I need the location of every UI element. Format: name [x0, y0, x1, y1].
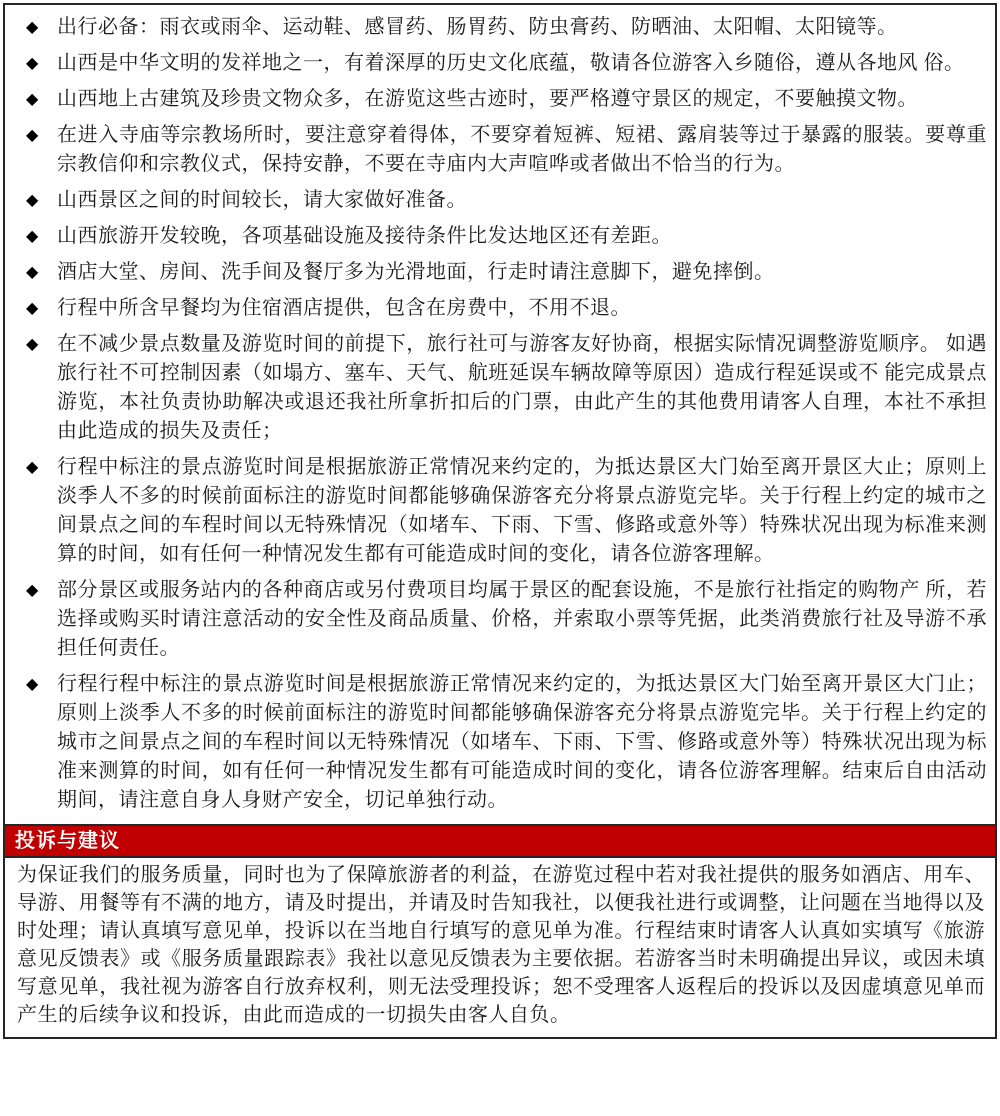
diamond-bullet-icon: ◆: [11, 453, 57, 482]
notice-text: 部分景区或服务站内的各种商店或另付费项目均属于景区的配套设施，不是旅行社指定的购…: [57, 576, 987, 663]
notice-text: 酒店大堂、房间、洗手间及餐厅多为光滑地面，行走时请注意脚下，避免摔倒。: [57, 258, 987, 287]
notice-item: ◆ 山西景区之间的时间较长，请大家做好准备。: [11, 186, 987, 215]
diamond-bullet-icon: ◆: [11, 222, 57, 251]
notice-item: ◆ 在进入寺庙等宗教场所时，要注意穿着得体，不要穿着短裤、短裙、露肩装等过于暴露…: [11, 121, 987, 179]
travel-notices-section: ◆ 出行必备：雨衣或雨伞、运动鞋、感冒药、肠胃药、防虫膏药、防晒油、太阳帽、太阳…: [3, 3, 997, 826]
diamond-bullet-icon: ◆: [11, 121, 57, 150]
notice-item: ◆ 山西是中华文明的发祥地之一，有着深厚的历史文化底蕴，敬请各位游客入乡随俗，遵…: [11, 49, 987, 78]
diamond-bullet-icon: ◆: [11, 576, 57, 605]
notice-text: 出行必备：雨衣或雨伞、运动鞋、感冒药、肠胃药、防虫膏药、防晒油、太阳帽、太阳镜等…: [57, 13, 987, 42]
notice-item: ◆ 山西旅游开发较晚，各项基础设施及接待条件比发达地区还有差距。: [11, 222, 987, 251]
notice-item: ◆ 酒店大堂、房间、洗手间及餐厅多为光滑地面，行走时请注意脚下，避免摔倒。: [11, 258, 987, 287]
diamond-bullet-icon: ◆: [11, 49, 57, 78]
diamond-bullet-icon: ◆: [11, 13, 57, 42]
notice-item: ◆ 行程中所含早餐均为住宿酒店提供，包含在房费中，不用不退。: [11, 294, 987, 323]
notice-text: 行程行程中标注的景点游览时间是根据旅游正常情况来约定的，为抵达景区大门始至离开景…: [57, 670, 987, 815]
notice-text: 行程中标注的景点游览时间是根据旅游正常情况来约定的，为抵达景区大门始至离开景区大…: [57, 453, 987, 569]
diamond-bullet-icon: ◆: [11, 258, 57, 287]
travel-notice-document: ◆ 出行必备：雨衣或雨伞、运动鞋、感冒药、肠胃药、防虫膏药、防晒油、太阳帽、太阳…: [3, 3, 997, 1039]
notice-text: 山西地上古建筑及珍贵文物众多，在游览这些古迹时，要严格遵守景区的规定，不要触摸文…: [57, 85, 987, 114]
notice-text: 山西景区之间的时间较长，请大家做好准备。: [57, 186, 987, 215]
diamond-bullet-icon: ◆: [11, 186, 57, 215]
diamond-bullet-icon: ◆: [11, 294, 57, 323]
notice-item: ◆ 行程中标注的景点游览时间是根据旅游正常情况来约定的，为抵达景区大门始至离开景…: [11, 453, 987, 569]
complaints-header-banner: 投诉与建议: [3, 826, 997, 858]
notice-text: 山西是中华文明的发祥地之一，有着深厚的历史文化底蕴，敬请各位游客入乡随俗，遵从各…: [57, 49, 987, 78]
notice-text: 山西旅游开发较晚，各项基础设施及接待条件比发达地区还有差距。: [57, 222, 987, 251]
notice-list: ◆ 出行必备：雨衣或雨伞、运动鞋、感冒药、肠胃药、防虫膏药、防晒油、太阳帽、太阳…: [11, 13, 987, 815]
diamond-bullet-icon: ◆: [11, 85, 57, 114]
diamond-bullet-icon: ◆: [11, 670, 57, 699]
notice-item: ◆ 山西地上古建筑及珍贵文物众多，在游览这些古迹时，要严格遵守景区的规定，不要触…: [11, 85, 987, 114]
complaints-section: 为保证我们的服务质量，同时也为了保障旅游者的利益，在游览过程中若对我社提供的服务…: [3, 858, 997, 1039]
notice-text: 行程中所含早餐均为住宿酒店提供，包含在房费中，不用不退。: [57, 294, 987, 323]
notice-item: ◆ 在不减少景点数量及游览时间的前提下，旅行社可与游客友好协商，根据实际情况调整…: [11, 330, 987, 446]
diamond-bullet-icon: ◆: [11, 330, 57, 359]
notice-item: ◆ 行程行程中标注的景点游览时间是根据旅游正常情况来约定的，为抵达景区大门始至离…: [11, 670, 987, 815]
notice-text: 在不减少景点数量及游览时间的前提下，旅行社可与游客友好协商，根据实际情况调整游览…: [57, 330, 987, 446]
notice-item: ◆ 部分景区或服务站内的各种商店或另付费项目均属于景区的配套设施，不是旅行社指定…: [11, 576, 987, 663]
notice-item: ◆ 出行必备：雨衣或雨伞、运动鞋、感冒药、肠胃药、防虫膏药、防晒油、太阳帽、太阳…: [11, 13, 987, 42]
notice-text: 在进入寺庙等宗教场所时，要注意穿着得体，不要穿着短裤、短裙、露肩装等过于暴露的服…: [57, 121, 987, 179]
complaints-text: 为保证我们的服务质量，同时也为了保障旅游者的利益，在游览过程中若对我社提供的服务…: [17, 861, 985, 1029]
